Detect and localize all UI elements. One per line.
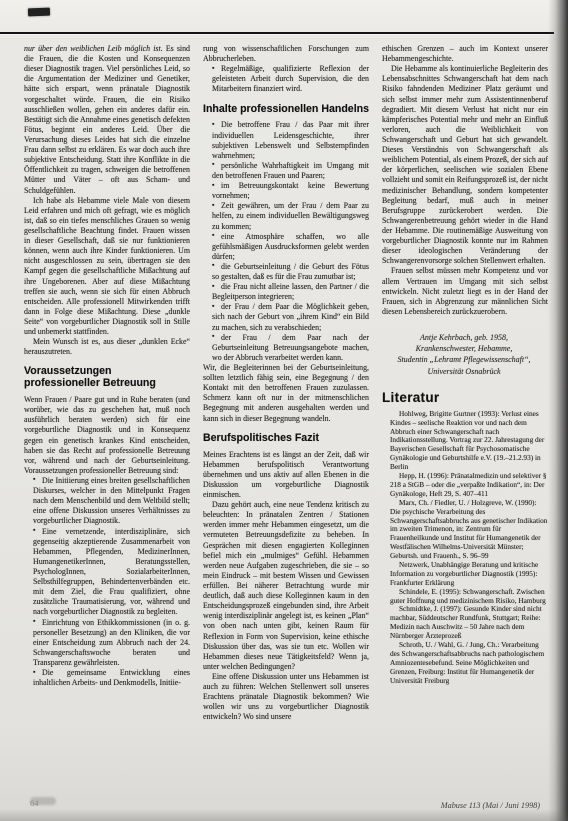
column-3: ethischen Grenzen – auch im Kontext unse… bbox=[382, 44, 548, 790]
author-university: Universität Osnabrück bbox=[382, 366, 546, 377]
paragraph: Frauen selbst müssen mehr Kompetenz und … bbox=[382, 266, 548, 317]
bullet-item: der Frau / dem Paar die Möglichkeit gebe… bbox=[203, 302, 369, 332]
italic-lead: nur über den weiblichen Leib möglich ist… bbox=[24, 44, 163, 53]
scanned-article-page: nur über den weiblichen Leib möglich ist… bbox=[0, 0, 568, 821]
bullet-item: Die Initiierung eines breiten gesellscha… bbox=[24, 476, 190, 527]
reference-item: Hepp, H. (1996): Pränatalmedizin und sel… bbox=[382, 472, 548, 499]
scan-shadow-right bbox=[548, 0, 568, 821]
paragraph: Mein Wunsch ist es, aus dieser „dunklen … bbox=[24, 337, 190, 357]
section-heading-inhalte: Inhalte professionellen Handelns bbox=[203, 104, 369, 116]
column-2: rung von wissenschaftlichen Forschungen … bbox=[203, 44, 369, 790]
page-top-rule bbox=[0, 32, 554, 34]
paragraph: Ich habe als Hebamme viele Male von dies… bbox=[24, 196, 190, 338]
paragraph: Die Hebamme als kontinuierliche Begleite… bbox=[382, 64, 548, 266]
author-credit: Antje Kehrbach, geb. 1958, Krankenschwes… bbox=[382, 332, 546, 377]
page-number: 64 bbox=[30, 798, 39, 808]
author-study: Studentin „Lehramt Pflegewissenschaft“, bbox=[382, 354, 546, 365]
bullet-item: Eine vernetzende, interdisziplinäre, sic… bbox=[24, 527, 190, 618]
reference-item: Marx, Ch. / Fiedler, U. / Holzgreve, W. … bbox=[382, 499, 548, 561]
paragraph: Eine offene Diskussion unter uns Hebamme… bbox=[203, 672, 369, 723]
article-columns: nur über den weiblichen Leib möglich ist… bbox=[24, 44, 548, 790]
bullet-item: persönliche Wahrhaftigkeit im Umgang mit… bbox=[203, 161, 369, 181]
paragraph: Wir, die Begleiterinnen bei der Geburtse… bbox=[203, 363, 369, 424]
column-1: nur über den weiblichen Leib möglich ist… bbox=[24, 44, 190, 790]
bullet-item: die Geburtseinleitung / die Geburt des F… bbox=[203, 262, 369, 282]
paragraph-text: Es sind die Frauen, die die Kosten und K… bbox=[24, 44, 190, 195]
bullet-item: Einrichtung von Ethikkommissionen (in o.… bbox=[24, 618, 190, 669]
bullet-item: der Frau / dem Paar nach der Geburtseinl… bbox=[203, 333, 369, 363]
paragraph-continuation: ethischen Grenzen – auch im Kontext unse… bbox=[382, 44, 548, 64]
scan-shadow-bottom bbox=[0, 809, 568, 821]
bullet-item: Die gemeinsame Entwicklung eines inhaltl… bbox=[24, 668, 190, 688]
bullet-item: die Frau nicht alleine lassen, den Partn… bbox=[203, 282, 369, 302]
bullet-item: im Betreuungskontakt keine Bewertung vor… bbox=[203, 181, 369, 201]
reference-item: Schroth, U. / Wahl, G. / Jung, Ch.: Vera… bbox=[382, 641, 548, 685]
paragraph-continuation: rung von wissenschaftlichen Forschungen … bbox=[203, 44, 369, 64]
reference-item: Hohlweg, Brigitte Gurtner (1993): Verlus… bbox=[382, 410, 548, 472]
paragraph: Dazu gehört auch, eine neue Tendenz krit… bbox=[203, 500, 369, 672]
reference-item: Netzwerk, Unabhängige Beratung und kriti… bbox=[382, 561, 548, 588]
paragraph: Wenn Frauen / Paare gut und in Ruhe bera… bbox=[24, 395, 190, 476]
reference-item: Schmidtke, J. (1997): Gesunde Kinder sin… bbox=[382, 605, 548, 641]
bullet-item: Zeit gewähren, um der Frau / dem Paar zu… bbox=[203, 201, 369, 231]
bullet-item: eine Atmosphäre schaffen, wo alle gefühl… bbox=[203, 232, 369, 262]
paragraph: nur über den weiblichen Leib möglich ist… bbox=[24, 44, 190, 196]
bullet-item: Die betroffene Frau / das Paar mit ihrer… bbox=[203, 120, 369, 160]
bullet-item: Regelmäßige, qualifizierte Reflexion der… bbox=[203, 64, 369, 94]
section-heading-fazit: Berufspolitisches Fazit bbox=[203, 433, 369, 445]
author-profession: Krankenschwester, Hebamme, bbox=[382, 343, 546, 354]
section-heading-voraussetzungen: Voraussetzungen professioneller Betreuun… bbox=[24, 366, 190, 390]
paragraph: Meines Erachtens ist es längst an der Ze… bbox=[203, 450, 369, 501]
reference-item: Schindele, E. (1995): Schwangerschaft. Z… bbox=[382, 588, 548, 606]
author-name: Antje Kehrbach, geb. 1958, bbox=[382, 332, 546, 343]
scan-registration-mark-icon bbox=[28, 8, 50, 17]
section-heading-literatur: Literatur bbox=[382, 390, 548, 405]
